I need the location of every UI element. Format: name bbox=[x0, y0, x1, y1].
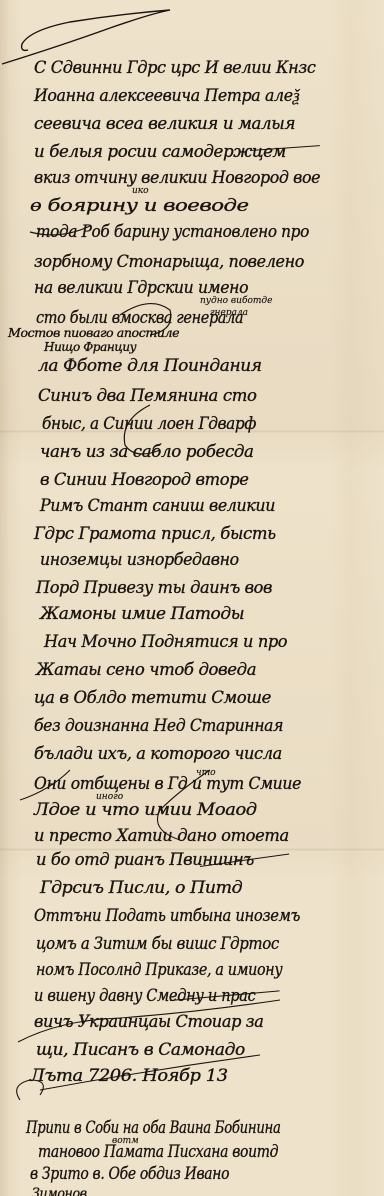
date-line: Лъта 7206. Ноябр 13 bbox=[30, 1066, 228, 1086]
endorsement-line: Припи в Соби на оба Ваина Бобинина bbox=[26, 1118, 281, 1138]
text-line: на великии Гдрскии имено bbox=[34, 278, 248, 298]
text-line: вичъ Украинцаы Стоиар за bbox=[34, 1012, 263, 1032]
interlinear-note: пудно виботде bbox=[200, 296, 272, 306]
text-line: и белыя росии самодержцем bbox=[34, 142, 286, 162]
text-line: чанъ из за сабло робесда bbox=[40, 442, 254, 462]
text-line: в Синии Новгород вторе bbox=[40, 470, 249, 490]
text-line: цомъ а Зитим бы вишс Гдртос bbox=[36, 934, 279, 954]
text-line: сто были вмосква генерала bbox=[36, 308, 243, 328]
text-line: ѳ боярину и воеводе bbox=[30, 196, 249, 216]
text-line: иноземцы изнорбедавно bbox=[40, 550, 239, 570]
manuscript-page: С Сдвинни Гдрс црс И велии Кнзс Иоанна а… bbox=[0, 0, 384, 1196]
text-line: Нач Мочно Поднятися и про bbox=[44, 632, 287, 652]
interlinear-note: ико bbox=[132, 186, 149, 196]
text-line: и престо Хатии дано отоета bbox=[34, 826, 289, 846]
text-line: вкиз отчину великии Новгород вое bbox=[34, 168, 320, 188]
endorsement-line: тановоо Памата Писхана воитд bbox=[38, 1142, 278, 1162]
text-line: Синиъ два Пемянина сто bbox=[38, 386, 256, 406]
signature: Зимонов bbox=[32, 1186, 87, 1196]
text-line: С Сдвинни Гдрс црс И велии Кнзс bbox=[34, 58, 316, 78]
text-line: Гдрсиъ Писли, о Питд bbox=[40, 878, 242, 898]
text-line: Нищо Франциу bbox=[44, 340, 136, 354]
text-line: и бо отд рианъ Пвиниинъ bbox=[36, 850, 254, 870]
text-line: Жатаы сено чтоб доведа bbox=[36, 660, 256, 680]
text-line: номъ Посолнд Приказе, а имиону bbox=[36, 960, 282, 980]
text-line: тода Роб барину установлено про bbox=[36, 222, 309, 242]
text-line: Оттъни Подать итбына иноземъ bbox=[34, 906, 300, 926]
text-line: Гдрс Грамота присл, бысть bbox=[34, 524, 276, 544]
text-line: Римъ Стант саниш великии bbox=[40, 496, 275, 516]
text-line: ца в Облдо тетити Смоше bbox=[34, 688, 271, 708]
text-line: сеевича всеа великия и малыя bbox=[34, 114, 295, 134]
text-line: ла Фботе для Поиндания bbox=[38, 356, 262, 376]
text-line: Лдое и что имии Моаод bbox=[34, 800, 257, 820]
text-line: щи, Писанъ в Самонадо bbox=[36, 1040, 245, 1060]
text-line: без доизнанна Нед Старинная bbox=[34, 716, 283, 736]
text-line: Мостов пиоваго апостиле bbox=[8, 326, 179, 340]
text-line: бълади ихъ, а которого числа bbox=[34, 744, 282, 764]
text-line: Порд Привезу ты даинъ вов bbox=[36, 578, 272, 598]
text-line: зорбному Стонарыща, повелено bbox=[34, 252, 304, 272]
text-line: Жамоны имие Патоды bbox=[40, 604, 244, 624]
text-line: Они отбщены в Гд и тут Смиие bbox=[34, 774, 301, 794]
text-line: Иоанна алексеевича Петра алеѯ bbox=[34, 86, 298, 106]
text-line: бныс, а Синии лоен Гдварф bbox=[42, 414, 256, 434]
endorsement-line: в Зрито в. Обе обдиз Ивано bbox=[30, 1164, 229, 1184]
